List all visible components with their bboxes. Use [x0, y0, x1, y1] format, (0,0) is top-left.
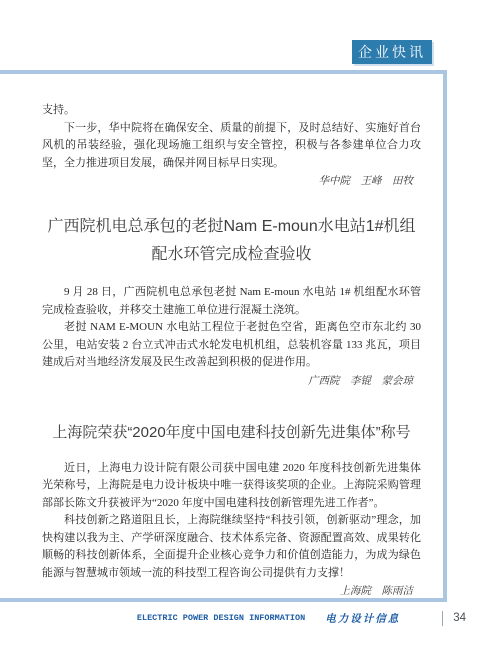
page-footer: ELECTRIC POWER DESIGN INFORMATION 电力设计信息…	[0, 608, 466, 628]
footer-journal-name-en: ELECTRIC POWER DESIGN INFORMATION	[137, 613, 305, 623]
footer-journal-name-cn: 电力设计信息	[325, 611, 400, 626]
intro-paragraph: 下一步，华中院将在确保安全、质量的前提下，及时总结好、实施好首台风机的吊装经验，…	[42, 120, 421, 173]
content-frame: 支持。 下一步，华中院将在确保安全、质量的前提下，及时总结好、实施好首台风机的吊…	[0, 70, 447, 602]
footer-divider	[442, 611, 443, 626]
intro-author-byline: 华中院 王峰 田牧	[42, 173, 413, 190]
article2-author-byline: 上海院 陈雨洁	[42, 583, 413, 600]
article1-title-line1: 广西院机电总承包的老挝Nam E-moun水电站1#机组	[42, 213, 421, 241]
article2-paragraph-2: 科技创新之路道阻且长，上海院继续坚持“科技引领，创新驱动”理念，加快构建以我为主…	[42, 512, 421, 582]
page-number: 34	[453, 612, 466, 624]
article1-title-line2: 配水环管完成检查验收	[42, 241, 421, 269]
section-tab-badge: 企业快讯	[352, 40, 432, 64]
intro-continuation-line: 支持。	[42, 102, 421, 120]
magazine-page: 企业快讯 支持。 下一步，华中院将在确保安全、质量的前提下，及时总结好、实施好首…	[0, 0, 480, 663]
article1-paragraph-2: 老挝 NAM E-MOUN 水电站工程位于老挝色空省，距离色空市东北约 30 公…	[42, 319, 421, 372]
article2-title: 上海院荣获“2020年度中国电建科技创新先进集体”称号	[42, 419, 421, 447]
article1-paragraph-1: 9 月 28 日，广西院机电总承包老挝 Nam E-moun 水电站 1# 机组…	[42, 284, 421, 319]
article1-author-byline: 广西院 李锟 蒙会琼	[42, 373, 413, 390]
article2-paragraph-1: 近日，上海电力设计院有限公司获中国电建 2020 年度科技创新先进集体光荣称号，…	[42, 460, 421, 513]
